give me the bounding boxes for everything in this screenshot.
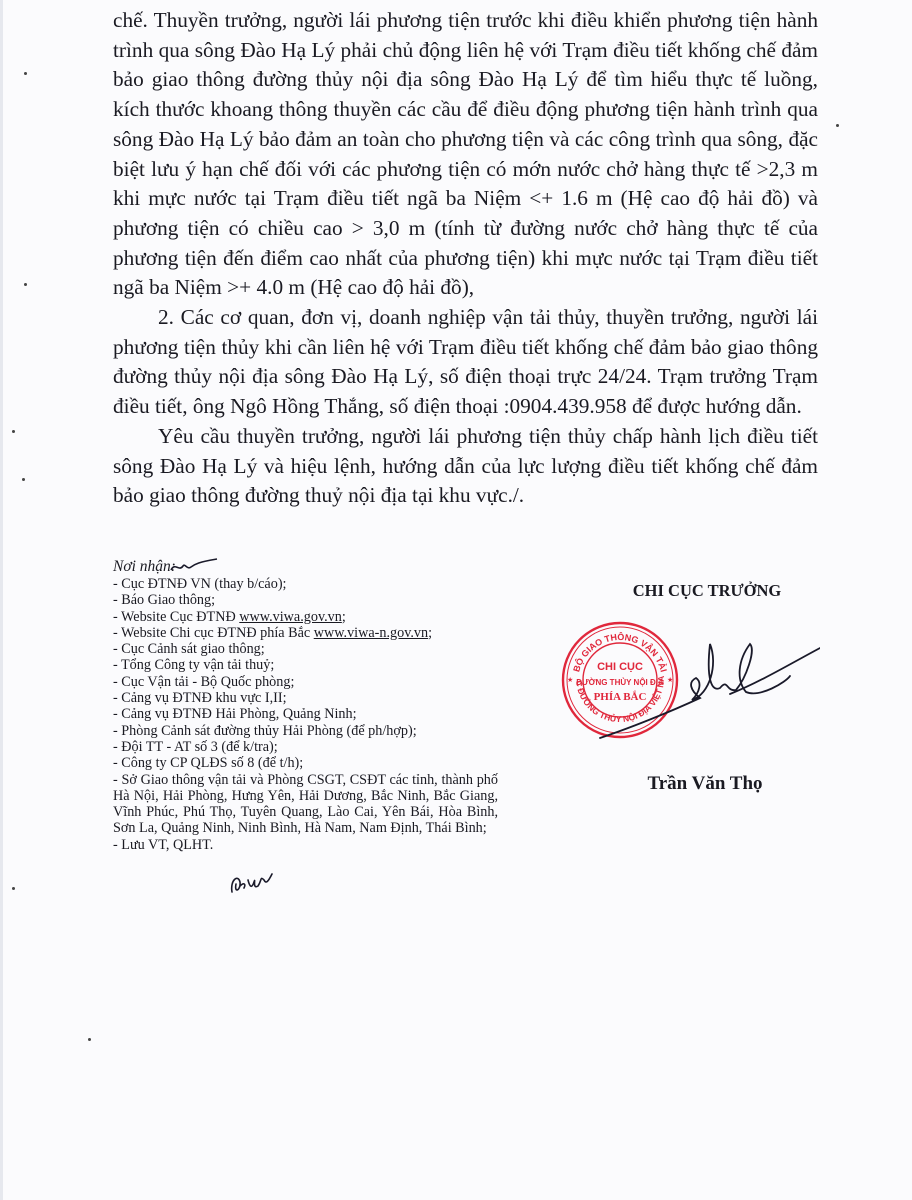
handwritten-signature-icon — [560, 620, 820, 750]
recipient-item: - Cảng vụ ĐTNĐ khu vực I,II; — [113, 690, 498, 706]
recipient-item: - Cục ĐTNĐ VN (thay b/cáo); — [113, 576, 498, 592]
document-page: chế. Thuyền trưởng, người lái phương tiệ… — [0, 0, 912, 1200]
recipient-item: - Sở Giao thông vận tải và Phòng CSGT, C… — [113, 772, 498, 837]
recipient-link[interactable]: www.viwa-n.gov.vn — [314, 625, 428, 641]
recipient-link[interactable]: www.viwa.gov.vn — [239, 609, 342, 625]
signer-title: CHI CỤC TRƯỞNG — [607, 581, 807, 601]
initials-mark-icon — [169, 558, 219, 574]
scan-speck — [12, 887, 15, 890]
recipients-heading: Nơi nhận: — [113, 558, 498, 576]
scan-speck — [836, 124, 839, 127]
scan-speck — [22, 478, 25, 481]
recipient-item: - Website Cục ĐTNĐ www.viwa.gov.vn; — [113, 609, 498, 625]
recipient-item: - Đội TT - AT số 3 (để k/tra); — [113, 739, 498, 755]
scan-speck — [12, 430, 15, 433]
recipient-item: - Phòng Cảnh sát đường thủy Hải Phòng (đ… — [113, 723, 498, 739]
recipients-heading-text: Nơi nhận: — [113, 558, 176, 575]
recipient-item: - Cục Vận tải - Bộ Quốc phòng; — [113, 674, 498, 690]
scan-speck — [24, 283, 27, 286]
recipient-item: - Website Chi cục ĐTNĐ phía Bắc www.viwa… — [113, 625, 498, 641]
body-paragraph: 2. Các cơ quan, đơn vị, doanh nghiệp vận… — [113, 303, 818, 422]
body-paragraph: Yêu cầu thuyền trưởng, người lái phương … — [113, 422, 818, 511]
initials-signature-icon — [228, 868, 276, 898]
recipient-item: - Báo Giao thông; — [113, 592, 498, 608]
signer-name: Trần Văn Thọ — [605, 773, 805, 795]
body-paragraph: chế. Thuyền trưởng, người lái phương tiệ… — [113, 6, 818, 303]
scan-speck — [24, 72, 27, 75]
recipient-item: - Tổng Công ty vận tải thuỷ; — [113, 657, 498, 673]
recipient-item: - Công ty CP QLĐS số 8 (để t/h); — [113, 755, 498, 771]
scan-speck — [88, 1038, 91, 1041]
recipient-item: - Cảng vụ ĐTNĐ Hải Phòng, Quảng Ninh; — [113, 706, 498, 722]
document-body: chế. Thuyền trưởng, người lái phương tiệ… — [113, 6, 818, 511]
recipient-item: - Cục Cảnh sát giao thông; — [113, 641, 498, 657]
recipients-list: Nơi nhận: - Cục ĐTNĐ VN (thay b/cáo);- B… — [113, 558, 498, 853]
scan-edge — [0, 0, 3, 1200]
recipient-item: - Lưu VT, QLHT. — [113, 837, 498, 853]
